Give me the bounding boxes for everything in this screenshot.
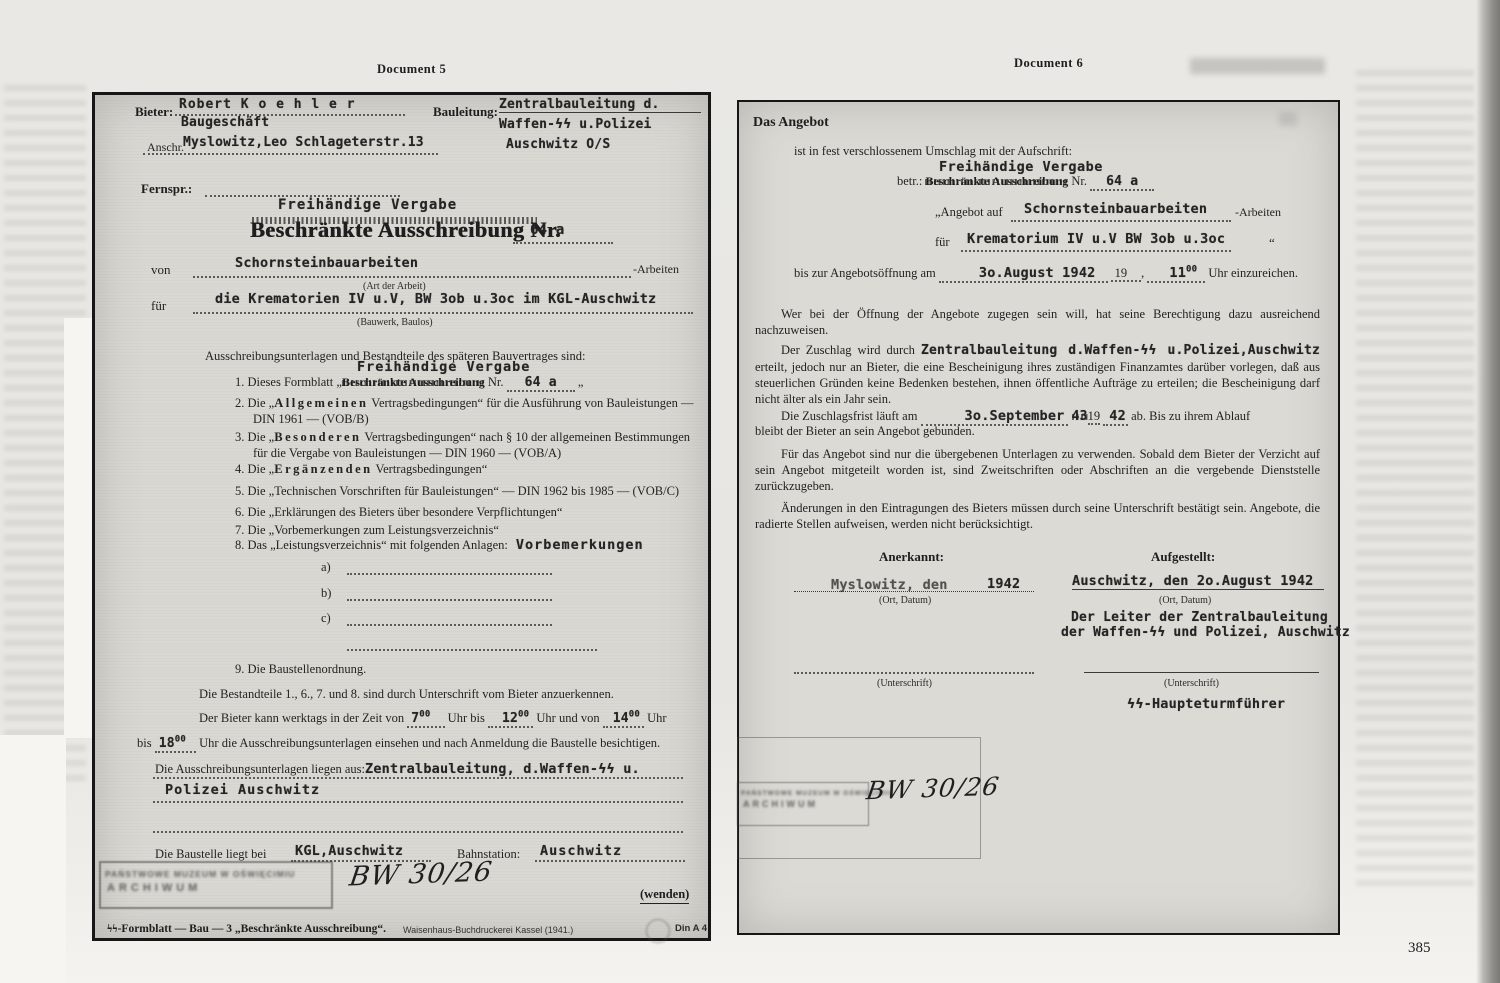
item8-typed-value: Vorbemerkungen	[508, 537, 644, 553]
bestandteile-line: Die Bestandteile 1., 6., 7. und 8. sind …	[199, 687, 614, 702]
umschlag-line: ist in fest verschlossenem Umschlag mit …	[794, 144, 1072, 159]
hours-text: Uhr bis	[448, 711, 485, 725]
dotted-line	[347, 649, 597, 651]
leiter-line2-typed: der Waffen-ϟϟ und Polizei, Auschwitz	[1061, 625, 1350, 640]
das-angebot-title: Das Angebot	[753, 115, 829, 131]
dotted-line	[1011, 220, 1231, 222]
dotted-line	[153, 831, 683, 833]
leiter-line1-typed: Der Leiter der Zentralbauleitung	[1071, 610, 1328, 625]
dotted-line	[513, 242, 613, 244]
document-6-caption: Document 6	[1014, 56, 1083, 71]
book-edge-shadow	[1476, 0, 1500, 983]
time-18: 1800	[155, 736, 196, 753]
list-item-1: 1. Dieses Formblatt „Beschränkte Ausschr…	[235, 375, 583, 390]
item1-struck-text: Beschränkte Ausschreibung	[342, 375, 485, 389]
bauleitung-label: Bauleitung:	[433, 104, 498, 120]
angebot-auf-typed: Schornsteinbauarbeiten	[1024, 201, 1207, 217]
hours-line-2: bis 1800 Uhr die Ausschreibungsunterlage…	[137, 736, 660, 751]
dotted-line	[143, 153, 438, 155]
list-item-6: 6. Die „Erklärungen des Bieters über bes…	[235, 504, 695, 520]
p3-year-typed: 42	[1103, 408, 1128, 426]
paragraph-4: Für das Angebot sind nur die übergebenen…	[755, 446, 1320, 494]
list-item-8: 8. Das „Leistungsverzeichnis“ mit folgen…	[235, 537, 644, 553]
hours-text: Uhr	[647, 711, 666, 725]
right-date-typed: Auschwitz, den 2o.August 1942	[1072, 573, 1324, 590]
anerkannt-label: Anerkannt:	[879, 549, 944, 565]
archive-stamp-line1: PAŃSTWOWE MUZEUM W OŚWIĘCIMIU	[105, 869, 331, 879]
p2-text: Der Zuschlag wird durch	[781, 343, 921, 357]
item1-number: 64 a	[507, 375, 575, 392]
oeffnung-text: bis zur Angebotsöffnung am	[794, 266, 936, 280]
sub-item-a: a)	[321, 560, 331, 575]
item-emph: Ergänzenden	[274, 462, 372, 476]
dotted-line	[153, 777, 683, 779]
rank-typed: ϟϟ-Haupteturmführer	[1127, 696, 1285, 712]
hours-text: bis	[137, 736, 152, 750]
paragraph-3-line1: Die Zuschlagsfrist läuft am 3o.September…	[755, 408, 1250, 424]
liegen-typed-2: Polizei Auschwitz	[165, 782, 320, 798]
book-page: Document 5 Document 6 Bieter: Robert K o…	[0, 0, 1500, 983]
paragraph-1: Wer bei der Öffnung der Angebote zugegen…	[755, 306, 1320, 338]
angebot-auf-suffix: -Arbeiten	[1235, 205, 1281, 220]
oeffnung-date-typed: 3o.August 1942	[939, 265, 1108, 283]
betr-number: 64 a	[1090, 174, 1154, 191]
betr-line: betr.: Beschränkte Ausschreibung Nr. 64 …	[897, 174, 1154, 189]
liegen-label: Die Ausschreibungsunterlagen liegen aus:	[155, 762, 365, 776]
fuer-label: für	[151, 298, 166, 314]
bieter-name-value: Robert K o e h l e r	[179, 97, 356, 112]
item1-mid: Nr.	[485, 375, 507, 389]
archive-stamp: PAŃSTWOWE MUZEUM W OŚWIĘCIMIU ARCHIWUM	[737, 782, 869, 826]
oeffnung-text: Uhr einzureichen.	[1208, 266, 1298, 280]
liegen-aus-line: Die Ausschreibungsunterlagen liegen aus:…	[155, 761, 640, 777]
white-corner-area	[0, 735, 66, 983]
anschrift-value: Myslowitz,Leo Schlageterstr.13	[183, 135, 424, 150]
von-label: von	[151, 262, 171, 278]
time-7: 700	[407, 711, 444, 728]
sub-item-c: c)	[321, 611, 331, 626]
item1-pre: 1. Dieses Formblatt „	[235, 375, 342, 389]
signature-line-right	[1084, 672, 1319, 673]
ort-datum-caption-left: (Ort, Datum)	[879, 595, 931, 606]
bauleitung-line1: Zentralbauleitung d.	[499, 97, 701, 113]
dotted-line	[193, 276, 631, 278]
bieter-firm-value: Baugeschäft	[181, 115, 269, 130]
paragraph-3-line2: bleibt der Bieter an sein Angebot gebund…	[755, 424, 975, 439]
hours-text: Der Bieter kann werktags in der Zeit von	[199, 711, 404, 725]
signature-line-left	[794, 672, 1034, 674]
oeffnung-line: bis zur Angebotsöffnung am 3o.August 194…	[794, 265, 1298, 281]
list-item-4: 4. Die „Ergänzenden Vertragsbedingungen“	[235, 461, 687, 477]
hours-line-1: Der Bieter kann werktags in der Zeit von…	[199, 711, 667, 726]
footer-printer-credit: Waisenhaus-Buchdruckerei Kassel (1941.)	[403, 925, 573, 935]
time-14: 1400	[603, 711, 644, 728]
left-year-typed: 1942	[987, 576, 1020, 592]
handwritten-reference: BW 30/26	[347, 857, 494, 893]
item1-suffix: „	[575, 375, 584, 389]
bauwerk-baulos-caption: (Bauwerk, Baulos)	[357, 317, 433, 328]
betr-struck-text: Beschränkte Ausschreibung	[925, 174, 1068, 188]
ort-datum-caption-right: (Ort, Datum)	[1159, 595, 1211, 606]
p3-struck-typed: 43	[1072, 409, 1088, 424]
liegen-typed-1: Zentralbauleitung, d.Waffen-ϟϟ u.	[365, 761, 640, 777]
list-item-3: 3. Die „Besonderen Vertragsbedingungen“ …	[235, 429, 705, 461]
item-text: 5. Die „	[235, 484, 274, 498]
p3-19: 19	[1088, 409, 1101, 425]
fuer-typed: Krematorium IV u.V BW 3ob u.3oc	[967, 231, 1225, 247]
white-paper-strip	[64, 318, 94, 738]
archive-stamp: PAŃSTWOWE MUZEUM W OŚWIĘCIMIU ARCHIWUM	[99, 861, 333, 909]
list-item-5: 5. Die „Technischen Vorschriften für Bau…	[235, 483, 695, 499]
dotted-line	[153, 801, 683, 803]
betr-typed-above: Freihändige Vergabe	[939, 159, 1103, 175]
document-5-form: Bieter: Robert K o e h l e r Baugeschäft…	[92, 92, 711, 941]
aufgestellt-label: Aufgestellt:	[1151, 549, 1215, 565]
oeffnung-time-typed: 1100	[1147, 265, 1205, 283]
item-text: Erklärungen des Bieters über besondere V…	[274, 505, 562, 519]
p2-text: erteilt, jedoch nur an Bieter, die eine …	[755, 360, 1320, 406]
wenden-note: (wenden)	[640, 887, 689, 904]
handwritten-reference: BW 30/26	[865, 772, 1002, 806]
dotted-line	[347, 599, 552, 601]
dotted-line	[535, 860, 685, 862]
item-text: Vorbemerkungen zum Leistungsverzeichnis“	[274, 523, 499, 537]
hours-text: Uhr die Ausschreibungsunterlagen einsehe…	[199, 736, 660, 750]
betr-label: betr.:	[897, 174, 922, 188]
list-item-9: 9. Die Baustellenordnung.	[235, 662, 366, 677]
item-text: 8. Das „	[235, 538, 276, 552]
fuer-value: die Krematorien IV u.V, BW 3ob u.3oc im …	[215, 291, 656, 307]
corner-pen-mark	[1279, 112, 1297, 126]
ghost-heading-smudge	[1190, 58, 1325, 74]
item1-typed-above: Freihändige Vergabe	[357, 359, 530, 375]
item-text: Vertragsbedingungen“	[373, 462, 488, 476]
p3-text: Die Zuschlagsfrist läuft am	[781, 409, 917, 423]
dotted-line	[193, 312, 693, 314]
dotted-line	[347, 624, 552, 626]
von-suffix: -Arbeiten	[633, 262, 679, 277]
item-text: 7. Die „	[235, 523, 274, 537]
footer-formblatt: ϟϟ-Formblatt — Bau — 3 „Beschränkte Auss…	[107, 923, 386, 935]
item-emph: Besonderen	[274, 430, 361, 444]
paragraph-2: Der Zuschlag wird durch Zentralbauleitun…	[755, 342, 1320, 407]
item-text: 3. Die „	[235, 430, 274, 444]
oeffnung-19: 19	[1111, 266, 1142, 282]
paragraph-5: Änderungen in den Eintragungen des Biete…	[755, 500, 1320, 532]
list-item-2: 2. Die „Allgemeinen Vertragsbedingungen“…	[235, 395, 705, 427]
document-5-caption: Document 5	[377, 62, 446, 77]
item-emph: Allgemeinen	[274, 396, 368, 410]
sub-item-b: b)	[321, 586, 331, 601]
footer-din: Din A 4	[675, 923, 707, 934]
round-stamp	[646, 919, 670, 943]
baustelle-label: Die Baustelle liegt bei	[155, 847, 266, 862]
archive-stamp-line1: PAŃSTWOWE MUZEUM W OŚWIĘCIMIU	[741, 790, 868, 797]
fernsprecher-label: Fernspr.:	[141, 181, 192, 197]
unterschrift-caption-left: (Unterschrift)	[877, 678, 932, 689]
angebot-auf-label: „Angebot auf	[935, 205, 1003, 220]
item-text: Technischen Vorschriften für Bauleistung…	[274, 484, 679, 498]
fuer-label: für	[935, 235, 950, 250]
comma: ,	[1141, 266, 1144, 280]
time-12: 1200	[488, 711, 533, 728]
bieter-label: Bieter:	[135, 104, 173, 120]
item-text: 2. Die „	[235, 396, 274, 410]
hours-text: Uhr und von	[536, 711, 599, 725]
form-title-number: 64 a	[530, 222, 565, 238]
bauleitung-line3: Auschwitz O/S	[506, 137, 610, 152]
archive-stamp-line2: ARCHIWUM	[107, 882, 331, 894]
item-text: Leistungsverzeichnis“ mit folgenden Anla…	[276, 538, 508, 552]
item-text: 6. Die „	[235, 505, 274, 519]
right-page-ghost-text	[1356, 70, 1474, 890]
von-value: Schornsteinbauarbeiten	[235, 255, 418, 271]
document-6-form: Das Angebot ist in fest verschlossenem U…	[737, 100, 1340, 935]
unterschrift-caption-right: (Unterschrift)	[1164, 678, 1219, 689]
page-number: 385	[1408, 940, 1431, 957]
betr-mid: Nr.	[1068, 174, 1090, 188]
item-text: 4. Die „	[235, 462, 274, 476]
bauleitung-line2: Waffen-ϟϟ u.Polizei	[499, 117, 652, 132]
dotted-line	[961, 250, 1231, 252]
left-place-typed: Myslowitz, den	[831, 577, 948, 593]
typed-freihaendige-vergabe: Freihändige Vergabe	[278, 197, 457, 213]
p3-text: ab. Bis zu ihrem Ablauf	[1131, 409, 1250, 423]
p2-typed: Zentralbauleitung d.Waffen-ϟϟ u.Polizei,…	[921, 343, 1320, 358]
dotted-line	[347, 573, 552, 575]
archive-stamp-line2: ARCHIWUM	[743, 799, 868, 809]
fuer-suffix: “	[1269, 235, 1275, 251]
list-item-7: 7. Die „Vorbemerkungen zum Leistungsverz…	[235, 522, 695, 538]
form-title: Beschränkte Ausschreibung Nr.	[250, 217, 561, 243]
bahnstation-typed: Auschwitz	[540, 843, 622, 859]
baustelle-typed: KGL,Auschwitz	[295, 843, 403, 859]
